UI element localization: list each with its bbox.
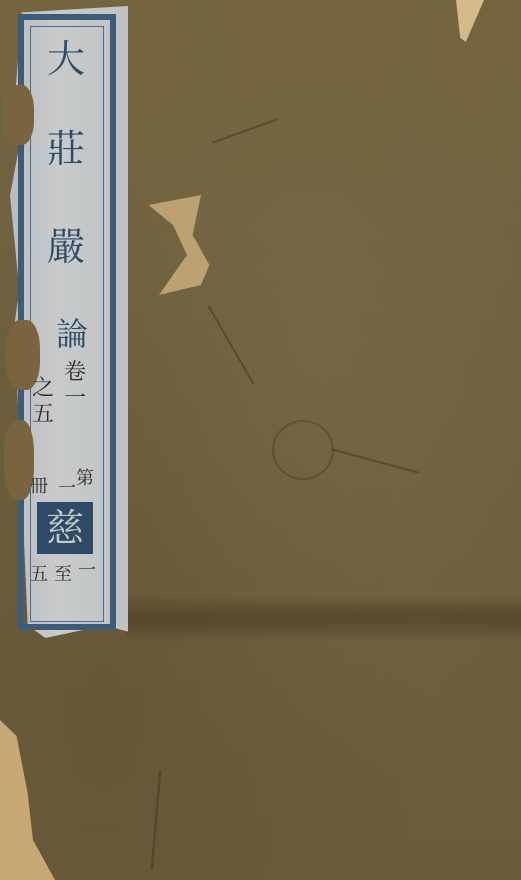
stain-ring xyxy=(272,420,334,480)
title-char: 嚴 xyxy=(36,228,96,266)
volume-line-right: 卷 一 xyxy=(64,362,86,410)
seal-stamp: 慈 xyxy=(37,502,93,554)
paper-tear xyxy=(145,195,215,295)
book-cover: 大 莊 嚴 論 卷 一 之 五 第 一 冊 慈 一 至 五 xyxy=(0,0,521,880)
stain xyxy=(4,85,34,145)
crease xyxy=(208,306,255,385)
volume-label-left: 冊 xyxy=(30,478,48,496)
text-char: 之 xyxy=(32,378,54,400)
text-char: 一 xyxy=(64,388,86,410)
worn-band xyxy=(125,596,521,642)
title-char: 大 xyxy=(36,40,96,78)
volume-line-left: 之 五 xyxy=(32,378,54,426)
title-char: 論 xyxy=(50,318,94,350)
volume-label-right: 第 xyxy=(76,470,94,488)
title-char: 莊 xyxy=(36,130,96,168)
text-char: 五 xyxy=(32,404,54,426)
range-to: 至 xyxy=(54,566,72,584)
volume-label-mid: 一 xyxy=(58,480,76,498)
worn-edge xyxy=(0,720,55,880)
text-char: 第 xyxy=(76,470,94,488)
crease xyxy=(331,448,418,473)
range-five: 五 xyxy=(30,566,48,584)
seal-char: 慈 xyxy=(46,509,84,547)
range-one: 一 xyxy=(78,562,96,580)
paper-tear xyxy=(456,0,484,42)
crease xyxy=(151,770,162,870)
crease xyxy=(212,118,278,144)
text-char: 卷 xyxy=(64,362,86,384)
